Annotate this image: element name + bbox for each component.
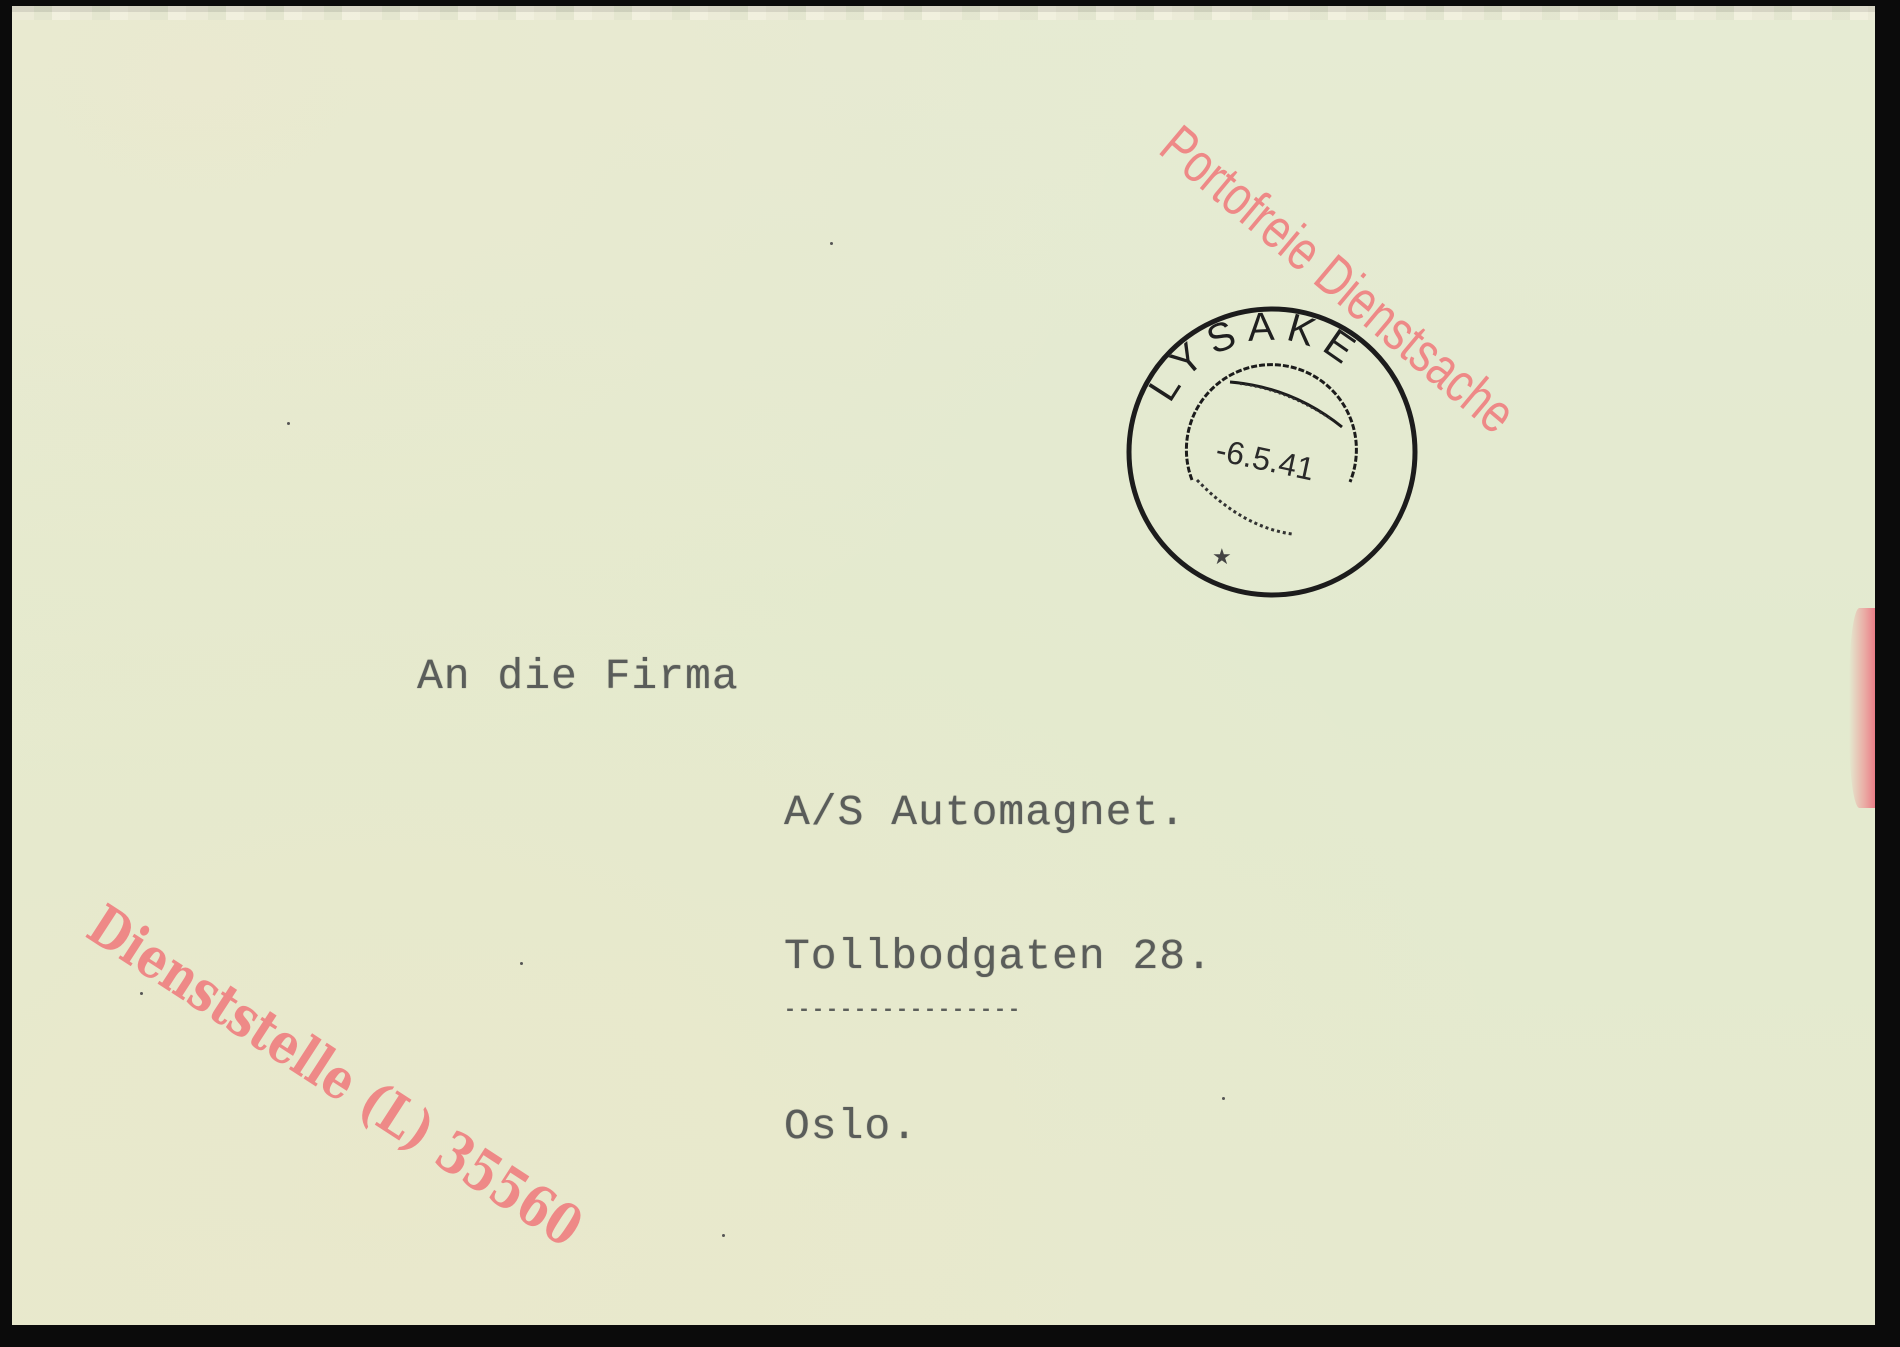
dienststelle-stamp: Dienststelle (L) 35560 xyxy=(76,892,700,1329)
paper-speck xyxy=(520,962,523,965)
paper-speck xyxy=(1222,1097,1225,1100)
address-salutation: An die Firma xyxy=(417,652,739,701)
address-company: A/S Automagnet. xyxy=(784,788,1186,837)
address-underline: ----------------- xyxy=(784,999,1022,1022)
lysaker-postmark: LYSAKE -6.5.41 ★ xyxy=(1122,302,1422,602)
address-city: Oslo. xyxy=(784,1102,918,1151)
envelope: Portofreie Dienstsache LYSAKE -6.5.41 ★ … xyxy=(12,12,1875,1325)
star-icon: ★ xyxy=(1212,545,1232,570)
postmark-date: -6.5.41 xyxy=(1213,431,1318,487)
paper-speck xyxy=(722,1234,725,1237)
paper-speck xyxy=(830,242,833,245)
address-street: Tollbodgaten 28. xyxy=(784,932,1213,981)
torn-top-edge xyxy=(12,6,1875,20)
paper-speck xyxy=(287,422,290,425)
paper-speck xyxy=(140,992,143,995)
red-ink-smear xyxy=(1849,608,1875,808)
